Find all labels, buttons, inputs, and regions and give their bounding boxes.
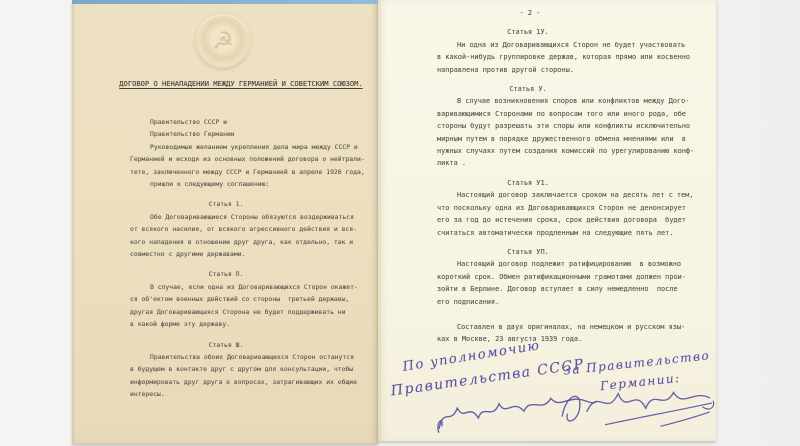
text-line: Обе Договаривающиеся Стороны обязуются в… xyxy=(130,211,370,223)
text-line: информировать друг друга о вопросах, зат… xyxy=(130,376,370,388)
hammer-and-sickle-icon: ☭ xyxy=(212,30,234,54)
text-line: Германией и исходя из основных положений… xyxy=(130,153,370,165)
text-line: ликта . xyxy=(437,157,695,169)
article-heading: Статья П. xyxy=(106,268,346,280)
treaty-page-1: ☭ ДОГОВОР О НЕНАПАДЕНИИ МЕЖДУ ГЕРМАНИЕЙ … xyxy=(72,0,378,444)
text-line: мирным путем в порядке дружественного об… xyxy=(437,133,695,145)
text-line: стороны будут разрешать эти споры или ко… xyxy=(437,120,695,132)
text-line: интересы. xyxy=(130,388,370,400)
closing-line: ках в Москве, 23 августа 1939 года. xyxy=(437,333,695,345)
article-heading: Статья УП. xyxy=(399,246,657,258)
ussr-coat-of-arms-seal-icon: ☭ xyxy=(195,14,251,70)
text-line: Ни одна из Договаривающихся Сторон не бу… xyxy=(437,39,695,51)
text-line: Руководимые желанием укрепления дела мир… xyxy=(130,141,370,153)
text-line: пришли к следующему соглашению: xyxy=(130,178,370,190)
text-line: в будущем в контакте друг с другом для к… xyxy=(130,363,370,375)
text-line: его подписания. xyxy=(437,296,695,308)
text-line: его за год до истечения срока, срок дейс… xyxy=(437,214,695,226)
article-heading: Статья 1. xyxy=(106,198,346,210)
text-line: зойти в Берлине. Договор вступает в силу… xyxy=(437,283,695,295)
text-line: что поскольку одна из Договаривающихся С… xyxy=(437,202,695,214)
article-heading: Статья 1У. xyxy=(399,26,657,38)
text-line: тете, заключенного между СССР и Германие… xyxy=(130,166,370,178)
closing-block: Составлен в двух оригиналах, на немецком… xyxy=(437,321,695,346)
text-line: ся об'ектом военных действий со стороны … xyxy=(130,293,370,305)
treaty-page-2: - 2 - Статья 1У. Ни одна из Договаривающ… xyxy=(378,0,716,441)
ribbentrop-signature xyxy=(552,377,720,442)
text-line: другая Договаривающаяся Сторона не будет… xyxy=(130,306,370,318)
text-line: Настоящий договор заключается сроком на … xyxy=(437,189,695,201)
page-number: - 2 - xyxy=(401,7,659,19)
handwritten-authority-germany-line1: За Правительство xyxy=(563,348,711,377)
text-line: В случае возникновения споров или конфли… xyxy=(437,95,695,107)
text-line: Правительство Германии xyxy=(130,128,370,140)
text-line: в какой-нибудь группировке держав, котор… xyxy=(437,51,695,63)
treaty-title: ДОГОВОР О НЕНАПАДЕНИИ МЕЖДУ ГЕРМАНИЕЙ И … xyxy=(118,79,364,88)
text-line: Настоящий договор подлежит ратифицирован… xyxy=(437,258,695,270)
page-top-edge xyxy=(72,0,378,4)
text-line: от всякого насилия, от всякого агрессивн… xyxy=(130,223,370,235)
text-line: Правительство СССР и xyxy=(130,116,370,128)
text-line: Правительства обоих Договаривающихся Сто… xyxy=(130,351,370,363)
text-line: нужных случаях путем создания комиссий п… xyxy=(437,145,695,157)
text-line: в какой форме эту державу. xyxy=(130,318,370,330)
text-line: варивающимися Сторонами по вопросам того… xyxy=(437,108,695,120)
text-line: кого нападения в отношении друг друга, к… xyxy=(130,236,370,248)
page2-text-column: - 2 - Статья 1У. Ни одна из Договаривающ… xyxy=(437,7,695,346)
article-heading: Статья У1. xyxy=(399,177,657,189)
text-line: В случае, если одна из Договаривающихся … xyxy=(130,281,370,293)
closing-line: Составлен в двух оригиналах, на немецком… xyxy=(437,321,695,333)
article-heading: Статья Ш. xyxy=(106,339,346,351)
article-heading: Статья У. xyxy=(399,83,657,95)
text-line: совместно с другими державами. xyxy=(130,248,370,260)
page1-text-column: Правительство СССР и Правительство Герма… xyxy=(130,116,370,401)
text-line: короткий срок. Обмен ратификационными гр… xyxy=(437,271,695,283)
text-line: направлена против другой стороны. xyxy=(437,64,695,76)
text-line: считаться автоматически продленным на сл… xyxy=(437,227,695,239)
